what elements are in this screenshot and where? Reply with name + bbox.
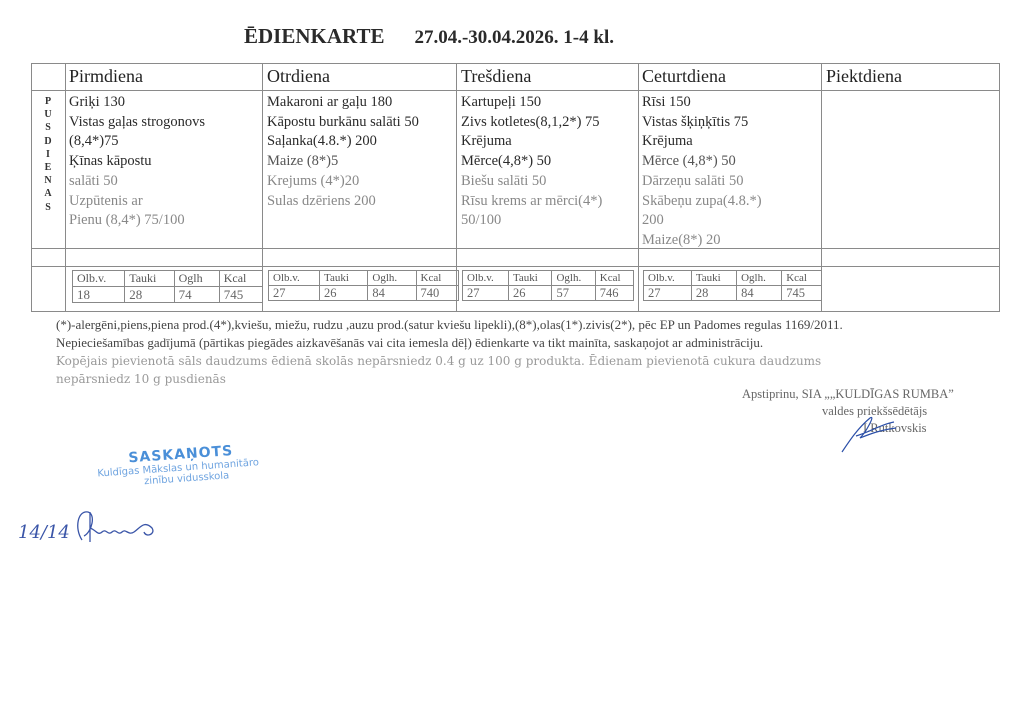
footnotes: (*)-alergēni,piens,piena prod.(4*),kvieš… — [56, 316, 843, 388]
nutrition-value: 27 — [269, 286, 320, 301]
handwritten-signature: 14/14 — [16, 502, 176, 552]
nutrition-value: 28 — [691, 286, 736, 301]
menu-item: Krējuma — [461, 132, 602, 152]
change-note: Nepieciešamības gadījumā (pārtikas piegā… — [56, 334, 843, 352]
day-header-thursday: Ceturtdiena — [642, 66, 726, 87]
row-divider-1 — [31, 248, 1000, 249]
nutrition-header: Oglh — [174, 271, 219, 287]
nutrition-values-row: 182874745 — [73, 287, 263, 303]
meal-label-letter: A — [31, 187, 65, 200]
menu-item: Krejums (4*)20 — [267, 172, 419, 192]
nutrition-header-row: Olb.v.TaukiOglhKcal — [73, 271, 263, 287]
meal-label-letter: S — [31, 201, 65, 214]
day-header-tuesday: Otrdiena — [267, 66, 330, 87]
sugar-note: nepārsniedz 10 g pusdienās — [56, 370, 843, 388]
menu-item: (8,4*)75 — [69, 132, 205, 152]
nutrition-value: 84 — [737, 286, 782, 301]
menu-item: Griķi 130 — [69, 93, 205, 113]
day-header-friday: Piektdiena — [826, 66, 902, 87]
nutrition-value: 746 — [595, 286, 633, 301]
nutrition-value: 28 — [125, 287, 174, 303]
nutrition-header: Oglh. — [737, 271, 782, 286]
meal-label-letter: N — [31, 174, 65, 187]
nutrition-header: Olb.v. — [463, 271, 509, 286]
nutrition-value: 745 — [219, 287, 262, 303]
menu-item: Sulas dzēriens 200 — [267, 192, 419, 212]
nutrition-header: Tauki — [320, 271, 368, 286]
nutrition-value: 740 — [416, 286, 458, 301]
nutrition-value: 18 — [73, 287, 125, 303]
menu-item: 200 — [642, 211, 762, 231]
approval-line-1: Apstiprinu, SIA „„KULDĪGAS RUMBA” — [742, 386, 954, 403]
meal-label-letter: S — [31, 121, 65, 134]
nutrition-header: Olb.v. — [644, 271, 692, 286]
menu-item: Saļanka(4.8.*) 200 — [267, 132, 419, 152]
nutrition-header: Kcal — [416, 271, 458, 286]
meal-label-letter: D — [31, 135, 65, 148]
nutrition-value: 74 — [174, 287, 219, 303]
menu-title: ĒDIENKARTE27.04.-30.04.2026. 1-4 kl. — [244, 24, 614, 49]
menu-item: Ķīnas kāpostu — [69, 152, 205, 172]
nutrition-header-row: Olb.v.TaukiOglh.Kcal — [269, 271, 459, 286]
menu-item: salāti 50 — [69, 172, 205, 192]
nutrition-table-thursday: Olb.v.TaukiOglh.Kcal272884745 — [643, 270, 822, 301]
table-border-top — [31, 63, 1000, 64]
menu-item: 50/100 — [461, 211, 602, 231]
nutrition-header: Olb.v. — [73, 271, 125, 287]
menu-item: Biešu salāti 50 — [461, 172, 602, 192]
nutrition-header: Kcal — [595, 271, 633, 286]
menu-items-tuesday: Makaroni ar gaļu 180Kāpostu burkānu salā… — [267, 93, 419, 211]
menu-item: Makaroni ar gaļu 180 — [267, 93, 419, 113]
nutrition-table-tuesday: Olb.v.TaukiOglh.Kcal272684740 — [268, 270, 459, 301]
menu-items-monday: Griķi 130Vistas gaļas strogonovs(8,4*)75… — [69, 93, 205, 231]
day-header-wednesday: Trešdiena — [461, 66, 531, 87]
menu-item: Dārzeņu salāti 50 — [642, 172, 762, 192]
svg-text:14/14: 14/14 — [18, 522, 70, 543]
menu-item: Mērce (4,8*) 50 — [642, 152, 762, 172]
menu-item: Pienu (8,4*) 75/100 — [69, 211, 205, 231]
menu-items-thursday: Rīsi 150Vistas šķiņķītis 75KrējumaMērce … — [642, 93, 762, 251]
menu-item: Zivs kotletes(8,1,2*) 75 — [461, 113, 602, 133]
menu-item: Vistas gaļas strogonovs — [69, 113, 205, 133]
nutrition-header: Tauki — [508, 271, 552, 286]
menu-item: Skābeņu zupa(4.8.*) — [642, 192, 762, 212]
menu-items-wednesday: Kartupeļi 150Zivs kotletes(8,1,2*) 75Krē… — [461, 93, 602, 231]
nutrition-value: 27 — [463, 286, 509, 301]
nutrition-value: 26 — [320, 286, 368, 301]
title-dates: 27.04.-30.04.2026. 1-4 kl. — [414, 27, 614, 48]
menu-item: Kāpostu burkānu salāti 50 — [267, 113, 419, 133]
nutrition-value: 84 — [368, 286, 416, 301]
menu-item: Uzpūtenis ar — [69, 192, 205, 212]
table-border-right — [999, 63, 1000, 312]
nutrition-header-row: Olb.v.TaukiOglh.Kcal — [463, 271, 634, 286]
meal-label-letter: P — [31, 95, 65, 108]
nutrition-header: Tauki — [691, 271, 736, 286]
menu-item: Vistas šķiņķītis 75 — [642, 113, 762, 133]
menu-item: Maize (8*)5 — [267, 152, 419, 172]
col-divider-0 — [65, 63, 66, 312]
meal-label-letter: E — [31, 161, 65, 174]
meal-label-letter: I — [31, 148, 65, 161]
meal-label-pusdienas: PUSDIENAS — [31, 95, 65, 214]
nutrition-table-wednesday: Olb.v.TaukiOglh.Kcal272657746 — [462, 270, 634, 301]
nutrition-table-monday: Olb.v.TaukiOglhKcal182874745 — [72, 270, 263, 303]
col-divider-3 — [638, 63, 639, 312]
nutrition-header: Oglh. — [552, 271, 595, 286]
approval-stamp: SASKAŅOTS Kuldīgas Mākslas un humanitāro… — [90, 441, 260, 491]
nutrition-value: 745 — [782, 286, 822, 301]
nutrition-header: Kcal — [219, 271, 262, 287]
menu-item: Mērce(4,8*) 50 — [461, 152, 602, 172]
menu-item: Krējuma — [642, 132, 762, 152]
allergen-note: (*)-alergēni,piens,piena prod.(4*),kvieš… — [56, 316, 843, 334]
salt-note: Kopējais pievienotā sāls daudzums ēdienā… — [56, 352, 843, 370]
nutrition-values-row: 272684740 — [269, 286, 459, 301]
nutrition-header: Tauki — [125, 271, 174, 287]
menu-table: PUSDIENAS Pirmdiena Otrdiena Trešdiena C… — [31, 63, 1000, 312]
day-header-monday: Pirmdiena — [69, 66, 143, 87]
nutrition-value: 26 — [508, 286, 552, 301]
nutrition-value: 57 — [552, 286, 595, 301]
nutrition-header: Oglh. — [368, 271, 416, 286]
menu-item: Maize(8*) 20 — [642, 231, 762, 251]
approval-signature — [836, 410, 906, 456]
table-border-bottom — [31, 311, 1000, 312]
meal-label-letter: U — [31, 108, 65, 121]
menu-item: Rīsu krems ar mērci(4*) — [461, 192, 602, 212]
nutrition-value: 27 — [644, 286, 692, 301]
header-divider — [31, 90, 1000, 91]
nutrition-values-row: 272657746 — [463, 286, 634, 301]
title-text: ĒDIENKARTE — [244, 24, 384, 48]
menu-item: Kartupeļi 150 — [461, 93, 602, 113]
nutrition-header: Kcal — [782, 271, 822, 286]
row-divider-2 — [31, 266, 1000, 267]
nutrition-header: Olb.v. — [269, 271, 320, 286]
nutrition-header-row: Olb.v.TaukiOglh.Kcal — [644, 271, 822, 286]
menu-item: Rīsi 150 — [642, 93, 762, 113]
nutrition-values-row: 272884745 — [644, 286, 822, 301]
